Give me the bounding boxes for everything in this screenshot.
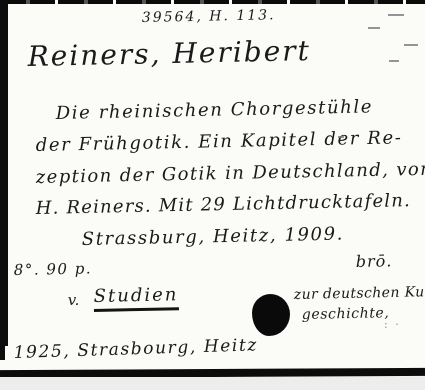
scan-noise-mark — [338, 136, 344, 138]
author-heading: Reiners, Heribert — [27, 34, 311, 73]
scan-noise-mark — [368, 27, 380, 29]
faint-pencil-marks: : · — [384, 318, 401, 331]
scan-edge-left — [0, 0, 8, 346]
binding-note: brō. — [356, 251, 393, 271]
scan-edge-top — [0, 0, 425, 4]
scanner-background — [0, 377, 425, 390]
call-number: 39564, H. 113. — [142, 7, 276, 26]
series-text-line-1: zur deutschen Kunst- — [294, 284, 425, 303]
scan-noise-mark — [404, 44, 418, 46]
format-note: 8°. 90 p. — [14, 259, 93, 279]
scan-noise-mark — [389, 60, 399, 62]
series-name-underlined: Studien — [93, 284, 178, 312]
series-prefix: v. — [68, 291, 80, 309]
scan-noise-mark — [388, 14, 404, 16]
series-text-line-2: geschichte, — [302, 305, 390, 323]
catalog-card-scan: 39564, H. 113. Reiners, Heribert Die rhe… — [0, 0, 425, 390]
